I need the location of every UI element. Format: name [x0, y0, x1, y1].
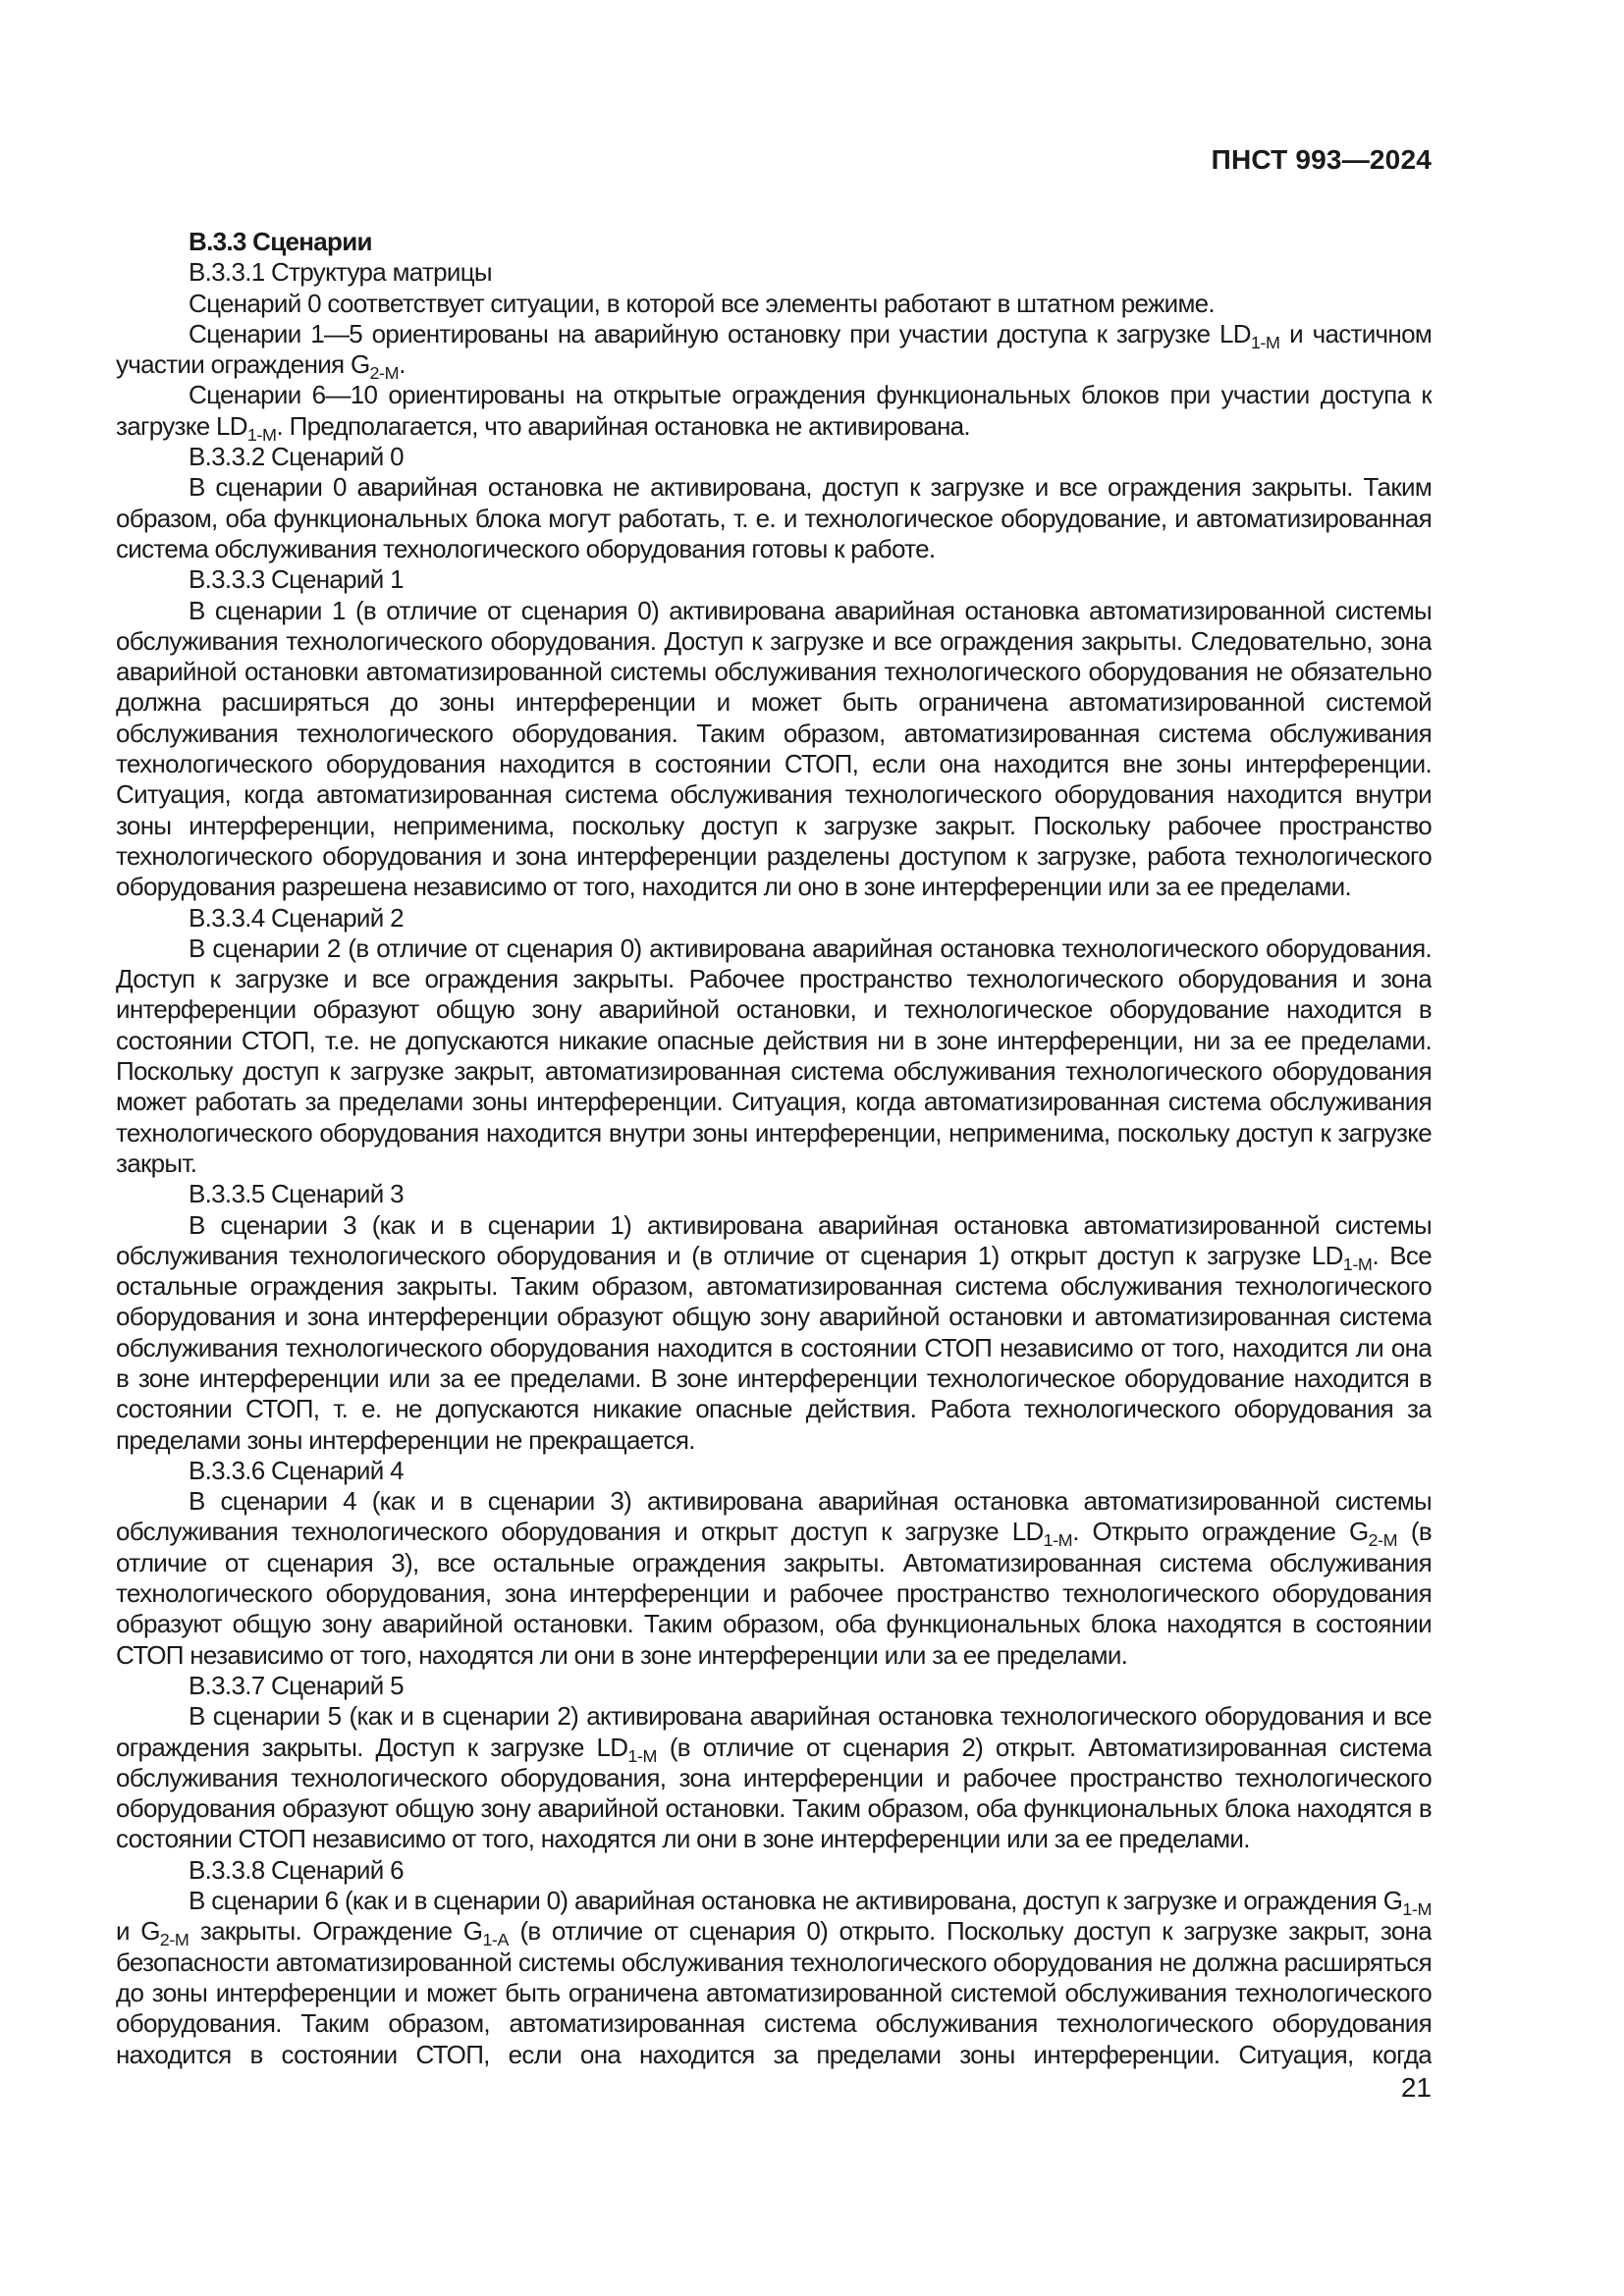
section-heading: В.3.3.6 Сценарий 4 — [116, 1456, 1432, 1486]
subscript-index: 1-M — [627, 1746, 657, 1766]
subscript-index: 1-M — [1044, 1531, 1073, 1551]
document-page: ПНСТ 993—2024 В.3.3 СценарииВ.3.3.1 Стру… — [0, 0, 1624, 2296]
section-heading: В.3.3.2 Сценарий 0 — [116, 442, 1432, 472]
body-paragraph: Сценарии 1—5 ориентированы на аварийную … — [116, 319, 1432, 381]
subscript-index: 1-M — [1343, 1255, 1373, 1274]
section-heading: В.3.3.8 Сценарий 6 — [116, 1855, 1432, 1886]
body-paragraph: В сценарии 6 (как и в сценарии 0) аварий… — [116, 1886, 1432, 2070]
section-heading: В.3.3.7 Сценарий 5 — [116, 1671, 1432, 1701]
running-header: ПНСТ 993—2024 — [116, 145, 1432, 175]
body-paragraph: Сценарии 6—10 ориентированы на открытые … — [116, 380, 1432, 442]
page-number: 21 — [116, 2073, 1432, 2103]
body-paragraph: В сценарии 4 (как и в сценарии 3) активи… — [116, 1486, 1432, 1671]
subscript-index: 1-A — [482, 1931, 509, 1950]
subscript-index: 1-M — [1402, 1899, 1432, 1919]
section-heading: В.3.3.5 Сценарий 3 — [116, 1179, 1432, 1209]
body-paragraph: В сценарии 3 (как и в сценарии 1) активи… — [116, 1210, 1432, 1456]
body-paragraph: В сценарии 0 аварийная остановка не акти… — [116, 472, 1432, 564]
section-heading: В.3.3.1 Структура матрицы — [116, 257, 1432, 288]
body-paragraph: В сценарии 2 (в отличие от сценария 0) а… — [116, 934, 1432, 1179]
body-paragraph: В сценарии 5 (как и в сценарии 2) активи… — [116, 1701, 1432, 1854]
body-paragraph: В сценарии 1 (в отличие от сценария 0) а… — [116, 596, 1432, 903]
subscript-index: 2-M — [1369, 1531, 1398, 1551]
subscript-index: 2-M — [160, 1931, 189, 1950]
section-heading: В.3.3 Сценарии — [116, 227, 1432, 257]
document-body: В.3.3 СценарииВ.3.3.1 Структура матрицыС… — [116, 227, 1432, 2070]
subscript-index: 1-M — [1251, 333, 1280, 352]
section-heading: В.3.3.4 Сценарий 2 — [116, 903, 1432, 934]
body-paragraph: Сценарий 0 соответствует ситуации, в кот… — [116, 289, 1432, 319]
section-heading: В.3.3.3 Сценарий 1 — [116, 564, 1432, 595]
